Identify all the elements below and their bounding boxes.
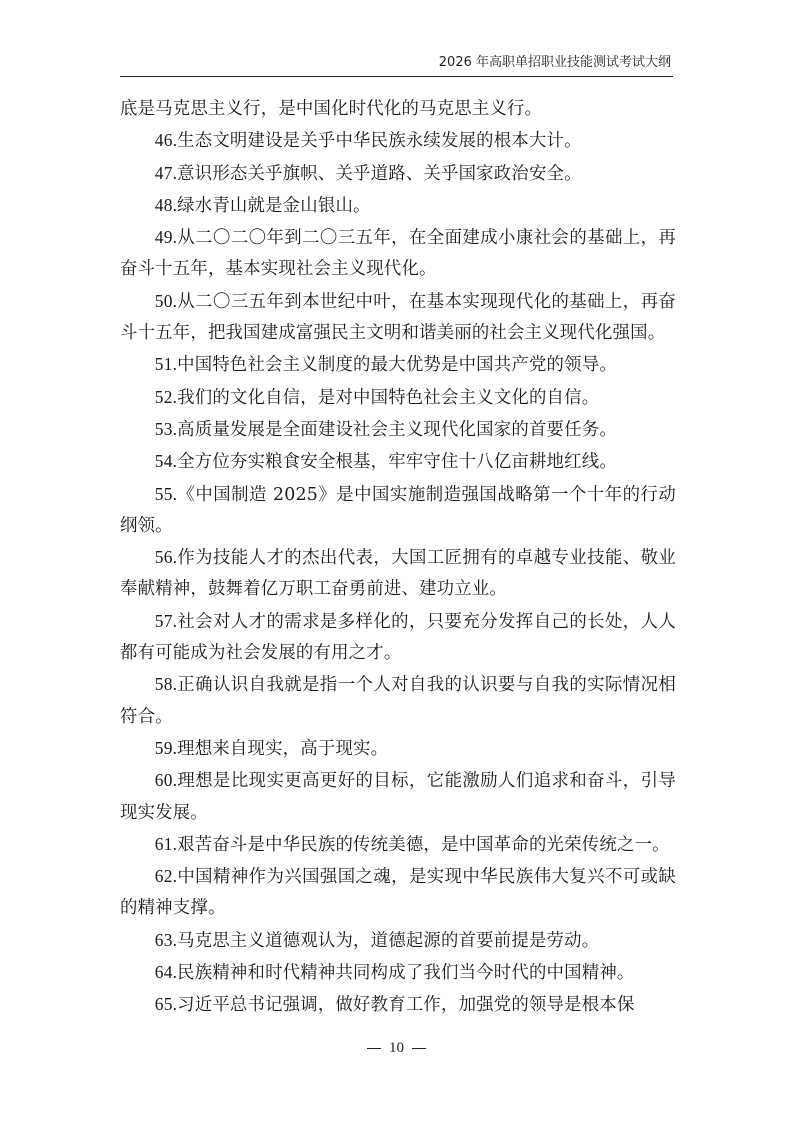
list-item-63: 63.马克思主义道德观认为，道德起源的首要前提是劳动。 — [120, 925, 676, 957]
item-text: 马克思主义道德观认为，道德起源的首要前提是劳动。 — [177, 931, 599, 951]
list-item-46: 46.生态文明建设是关乎中华民族永续发展的根本大计。 — [120, 125, 676, 157]
item-number: 52. — [155, 387, 177, 407]
list-item-54: 54.全方位夯实粮食安全根基，牢牢守住十八亿亩耕地红线。 — [120, 446, 676, 478]
list-item-49: 49.从二〇二〇年到二〇三五年，在全面建成小康社会的基础上，再奋斗十五年，基本实… — [120, 222, 676, 286]
item-text: 《中国制造 2025》是中国实施制造强国战略第一个十年的行动纲领。 — [120, 485, 676, 536]
header-title: 2026 年高职单招职业技能测试考试大纲 — [439, 55, 671, 70]
item-number: 47. — [155, 163, 177, 183]
item-number: 64. — [155, 962, 177, 982]
list-item-65: 65.习近平总书记强调，做好教育工作，加强党的领导是根本保 — [120, 989, 676, 1021]
item-text: 从二〇二〇年到二〇三五年，在全面建成小康社会的基础上，再奋斗十五年，基本实现社会… — [120, 228, 676, 279]
running-header: 2026 年高职单招职业技能测试考试大纲 — [120, 52, 673, 77]
item-text: 理想来自现实，高于现实。 — [177, 739, 388, 759]
item-number: 53. — [155, 419, 177, 439]
item-text: 作为技能人才的杰出代表，大国工匠拥有的卓越专业技能、敬业奉献精神，鼓舞着亿万职工… — [120, 548, 676, 599]
page-body: 底是马克思主义行，是中国化时代化的马克思主义行。 46.生态文明建设是关乎中华民… — [120, 94, 676, 1022]
page-footer: 10 — [0, 1040, 793, 1057]
page-number: 10 — [389, 1040, 404, 1056]
dash-right — [412, 1048, 426, 1049]
item-number: 48. — [155, 195, 177, 215]
item-number: 59. — [155, 738, 177, 758]
item-number: 65. — [155, 994, 177, 1014]
list-item-55: 55.《中国制造 2025》是中国实施制造强国战略第一个十年的行动纲领。 — [120, 479, 676, 543]
item-text: 高质量发展是全面建设社会主义现代化国家的首要任务。 — [177, 420, 617, 440]
list-item-50: 50.从二〇三五年到本世纪中叶，在基本实现现代化的基础上，再奋斗十五年，把我国建… — [120, 286, 676, 350]
item-text: 理想是比现实更高更好的目标，它能激励人们追求和奋斗，引导现实发展。 — [120, 771, 676, 822]
list-item-56: 56.作为技能人才的杰出代表，大国工匠拥有的卓越专业技能、敬业奉献精神，鼓舞着亿… — [120, 542, 676, 606]
item-text: 社会对人才的需求是多样化的，只要充分发挥自己的长处，人人都有可能成为社会发展的有… — [120, 612, 676, 663]
item-number: 54. — [155, 451, 177, 471]
item-number: 56. — [155, 547, 177, 567]
list-item-52: 52.我们的文化自信，是对中国特色社会主义文化的自信。 — [120, 382, 676, 414]
list-item-53: 53.高质量发展是全面建设社会主义现代化国家的首要任务。 — [120, 414, 676, 446]
item-text: 全方位夯实粮食安全根基，牢牢守住十八亿亩耕地红线。 — [177, 452, 617, 472]
list-item-51: 51.中国特色社会主义制度的最大优势是中国共产党的领导。 — [120, 349, 676, 381]
dash-left — [367, 1048, 381, 1049]
item-text: 艰苦奋斗是中华民族的传统美德，是中国革命的光荣传统之一。 — [177, 835, 670, 855]
item-text: 意识形态关乎旗帜、关乎道路、关乎国家政治安全。 — [177, 164, 582, 184]
item-number: 62. — [155, 866, 177, 886]
item-number: 61. — [155, 834, 177, 854]
list-item-61: 61.艰苦奋斗是中华民族的传统美德，是中国革命的光荣传统之一。 — [120, 829, 676, 861]
item-text: 绿水青山就是金山银山。 — [177, 196, 371, 216]
list-item-57: 57.社会对人才的需求是多样化的，只要充分发挥自己的长处，人人都有可能成为社会发… — [120, 606, 676, 670]
item-number: 50. — [155, 291, 177, 311]
item-number: 49. — [155, 227, 177, 247]
item-number: 57. — [155, 611, 177, 631]
item-number: 55. — [155, 484, 177, 504]
list-item-58: 58.正确认识自我就是指一个人对自我的认识要与自我的实际情况相符合。 — [120, 669, 676, 733]
list-item-47: 47.意识形态关乎旗帜、关乎道路、关乎国家政治安全。 — [120, 158, 676, 190]
item-number: 51. — [155, 354, 177, 374]
item-text: 生态文明建设是关乎中华民族永续发展的根本大计。 — [177, 131, 582, 151]
item-text: 中国特色社会主义制度的最大优势是中国共产党的领导。 — [177, 355, 617, 375]
continuation-paragraph: 底是马克思主义行，是中国化时代化的马克思主义行。 — [120, 94, 676, 125]
item-text: 我们的文化自信，是对中国特色社会主义文化的自信。 — [177, 388, 599, 408]
item-text: 民族精神和时代精神共同构成了我们当今时代的中国精神。 — [177, 963, 634, 983]
item-number: 63. — [155, 930, 177, 950]
item-text: 中国精神作为兴国强国之魂，是实现中华民族伟大复兴不可或缺的精神支撑。 — [120, 867, 676, 918]
list-item-64: 64.民族精神和时代精神共同构成了我们当今时代的中国精神。 — [120, 957, 676, 989]
item-text: 正确认识自我就是指一个人对自我的认识要与自我的实际情况相符合。 — [120, 675, 676, 726]
list-item-59: 59.理想来自现实，高于现实。 — [120, 733, 676, 765]
item-text: 从二〇三五年到本世纪中叶，在基本实现现代化的基础上，再奋斗十五年，把我国建成富强… — [120, 292, 676, 343]
item-number: 60. — [155, 770, 177, 790]
list-item-60: 60.理想是比现实更高更好的目标，它能激励人们追求和奋斗，引导现实发展。 — [120, 765, 676, 829]
list-item-62: 62.中国精神作为兴国强国之魂，是实现中华民族伟大复兴不可或缺的精神支撑。 — [120, 861, 676, 925]
item-number: 46. — [155, 130, 177, 150]
list-item-48: 48.绿水青山就是金山银山。 — [120, 190, 676, 222]
item-text: 习近平总书记强调，做好教育工作，加强党的领导是根本保 — [177, 995, 634, 1015]
item-number: 58. — [155, 674, 177, 694]
